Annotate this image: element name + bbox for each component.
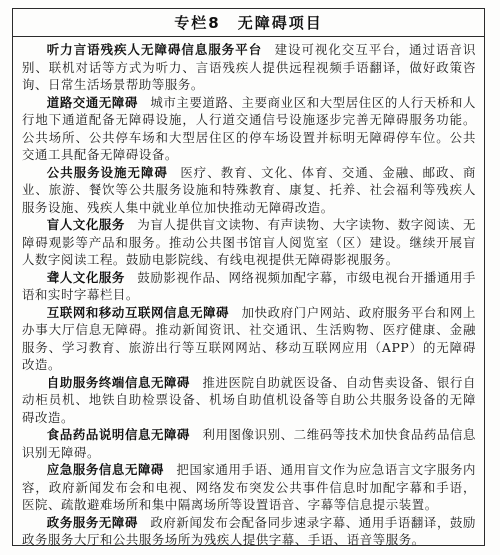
paragraph-hearing-speech-platform: 听力言语残疾人无障碍信息服务平台建设可视化交互平台，通过语音识别、联机对话等方式…: [22, 41, 476, 94]
paragraph-government-service: 政务服务无障碍政府新闻发布会配备同步速录字幕、通用手语翻译，鼓励政务服务大厅和公…: [22, 514, 476, 546]
paragraph-head: 食品药品说明信息无障碍: [47, 427, 203, 442]
paragraph-food-drug-info: 食品药品说明信息无障碍利用图像识别、二维码等技术加快食品药品信息识别无障碍。: [22, 426, 476, 461]
paragraph-public-service-facilities: 公共服务设施无障碍医疗、教育、文化、体育、交通、金融、邮政、商业、旅游、餐饮等公…: [22, 164, 476, 217]
paragraph-road-traffic: 道路交通无障碍城市主要道路、主要商业区和大型居住区的人行天桥和人行地下通道配备无…: [22, 94, 476, 164]
paragraph-head: 听力言语残疾人无障碍信息服务平台: [47, 42, 275, 57]
paragraph-head: 聋人文化服务: [47, 270, 138, 285]
paragraph-head: 自助服务终端信息无障碍: [47, 375, 203, 390]
column-8-panel: 专栏8 无障碍项目 听力言语残疾人无障碍信息服务平台建设可视化交互平台，通过语音…: [12, 8, 485, 546]
paragraph-head: 互联网和移动互联网信息无障碍: [47, 305, 242, 320]
paragraph-head: 政务服务无障碍: [47, 515, 151, 530]
panel-body: 听力言语残疾人无障碍信息服务平台建设可视化交互平台，通过语音识别、联机对话等方式…: [13, 37, 484, 545]
paragraph-deaf-culture-service: 聋人文化服务鼓励影视作品、网络视频加配字幕，市级电视台开播通用手语和实时字幕栏目…: [22, 269, 476, 304]
paragraph-head: 公共服务设施无障碍: [47, 165, 181, 180]
paragraph-emergency-service-info: 应急服务信息无障碍把国家通用手语、通用盲文作为应急语言文字服务内容，政府新闻发布…: [22, 461, 476, 514]
paragraph-internet-accessibility: 互联网和移动互联网信息无障碍加快政府门户网站、政府服务平台和网上办事大厅信息无障…: [22, 304, 476, 374]
paragraph-head: 应急服务信息无障碍: [47, 462, 177, 477]
paragraph-self-service-terminals: 自助服务终端信息无障碍推进医院自助就医设备、自动售卖设备、银行自动柜员机、地铁自…: [22, 374, 476, 427]
document-page: 专栏8 无障碍项目 听力言语残疾人无障碍信息服务平台建设可视化交互平台，通过语音…: [0, 0, 500, 555]
panel-title: 专栏8 无障碍项目: [13, 9, 484, 37]
paragraph-blind-culture-service: 盲人文化服务为盲人提供盲文读物、有声读物、大字读物、数字阅读、无障碍观影等产品和…: [22, 216, 476, 269]
paragraph-head: 道路交通无障碍: [47, 95, 151, 110]
paragraph-head: 盲人文化服务: [47, 217, 138, 232]
